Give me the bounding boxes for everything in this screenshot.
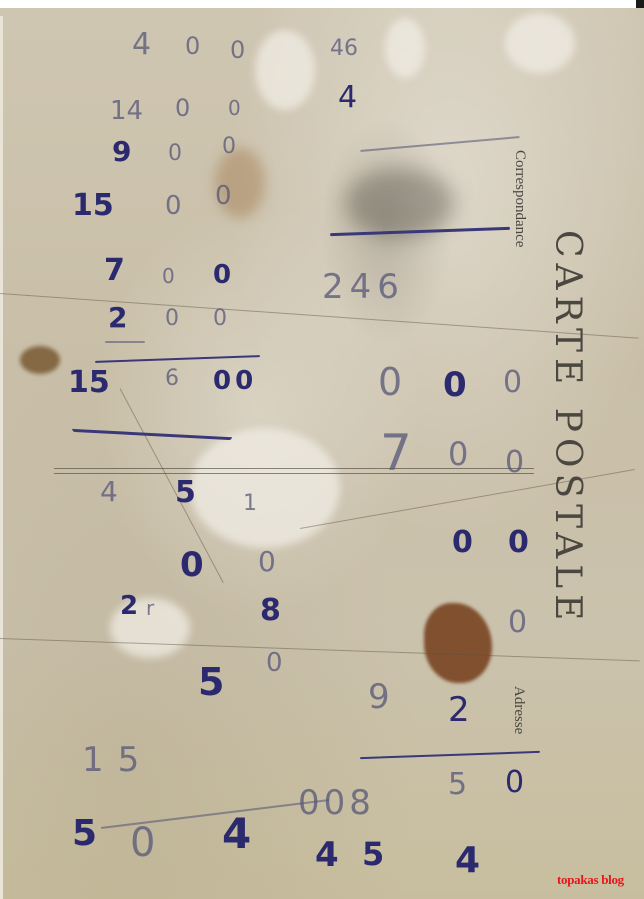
- crease: [0, 293, 638, 339]
- hw-digit: 8: [260, 596, 281, 626]
- hw-digit: 00: [213, 368, 257, 394]
- hw-digit: r: [146, 598, 154, 618]
- hw-digit: 4: [100, 478, 118, 506]
- hw-digit: 0: [213, 262, 231, 288]
- hw-digit: 5: [448, 770, 467, 800]
- hw-digit: 4: [222, 813, 251, 855]
- hw-digit: 2: [448, 693, 470, 727]
- brown-stain-left: [20, 346, 60, 374]
- hw-digit: 0: [508, 528, 529, 558]
- scan-top-margin: [0, 0, 644, 8]
- hw-digit: 4: [132, 30, 151, 60]
- hw-digit: 0: [185, 34, 200, 58]
- hw-digit: 2: [108, 304, 127, 332]
- hw-curve-line: [72, 429, 232, 440]
- worn-patch: [385, 18, 425, 78]
- hw-digit: 0: [378, 363, 402, 401]
- worn-patch: [190, 428, 340, 548]
- hw-digit: 5: [362, 838, 384, 870]
- hw-digit: 9: [112, 138, 131, 166]
- hw-digit: 0: [180, 548, 204, 582]
- hw-pencil-line: [360, 136, 520, 152]
- hw-digit: 4: [338, 83, 357, 113]
- hw-digit: 0: [452, 528, 473, 558]
- hw-digit: 15: [68, 368, 110, 398]
- hw-digit: 0: [175, 96, 190, 120]
- hw-digit: 0: [266, 650, 283, 676]
- correspondance-label: Correspondance: [511, 150, 528, 247]
- card-left-edge: [0, 16, 3, 899]
- hw-digit: 5: [72, 816, 97, 852]
- hw-digit: 15: [72, 191, 114, 221]
- hw-number: 246: [322, 270, 405, 304]
- adresse-label: Adresse: [510, 686, 527, 734]
- brown-stain-right: [424, 603, 492, 683]
- hw-digit: 1: [243, 493, 257, 515]
- hw-digit: 4: [455, 843, 480, 879]
- hw-digit: 0: [222, 136, 236, 158]
- hw-digit: 0: [503, 368, 522, 398]
- hw-digit: 0: [505, 448, 524, 478]
- hw-digit: 0: [168, 143, 182, 165]
- hw-digit: 5: [175, 478, 196, 508]
- card-title: CARTE POSTALE: [547, 230, 588, 626]
- hw-digit: 6: [165, 368, 179, 390]
- hw-digit: 0: [228, 98, 241, 118]
- hw-sum-line: [360, 751, 540, 759]
- hw-digit: 14: [110, 98, 143, 124]
- hw-digit: 7: [380, 428, 412, 478]
- hw-digit: 0: [130, 823, 155, 863]
- hw-digit: 2: [120, 593, 138, 619]
- hw-digit: 7: [104, 256, 125, 286]
- hw-digit: 0: [230, 38, 245, 62]
- hw-digit: 5: [198, 663, 224, 701]
- hw-digit: 0: [215, 183, 232, 209]
- hw-digit: 9: [368, 680, 390, 714]
- hw-digit: 0: [165, 193, 182, 219]
- postcard-back: CARTE POSTALE Correspondance Adresse 4 0…: [0, 8, 644, 899]
- hw-digit: 0: [443, 368, 467, 402]
- ink-smudge: [345, 168, 455, 238]
- watermark: topakas blog: [557, 872, 624, 888]
- hw-digit: 0: [162, 266, 175, 286]
- hw-number: 008: [298, 786, 375, 820]
- hw-digit: 0: [448, 438, 468, 470]
- hw-digit: 4: [315, 838, 339, 872]
- hw-digit: 0: [165, 308, 179, 330]
- crease: [0, 638, 640, 661]
- worn-patch: [505, 13, 575, 73]
- hw-sum-line: [95, 355, 260, 363]
- worn-patch: [255, 30, 315, 110]
- hw-number: 15: [82, 743, 153, 777]
- hw-digit: 0: [508, 608, 527, 638]
- hw-digit: 0: [258, 548, 276, 576]
- hw-digit: 0: [505, 768, 524, 798]
- hw-digit: 46: [330, 38, 358, 60]
- hw-digit: 0: [213, 308, 227, 330]
- hw-underline: [105, 341, 145, 343]
